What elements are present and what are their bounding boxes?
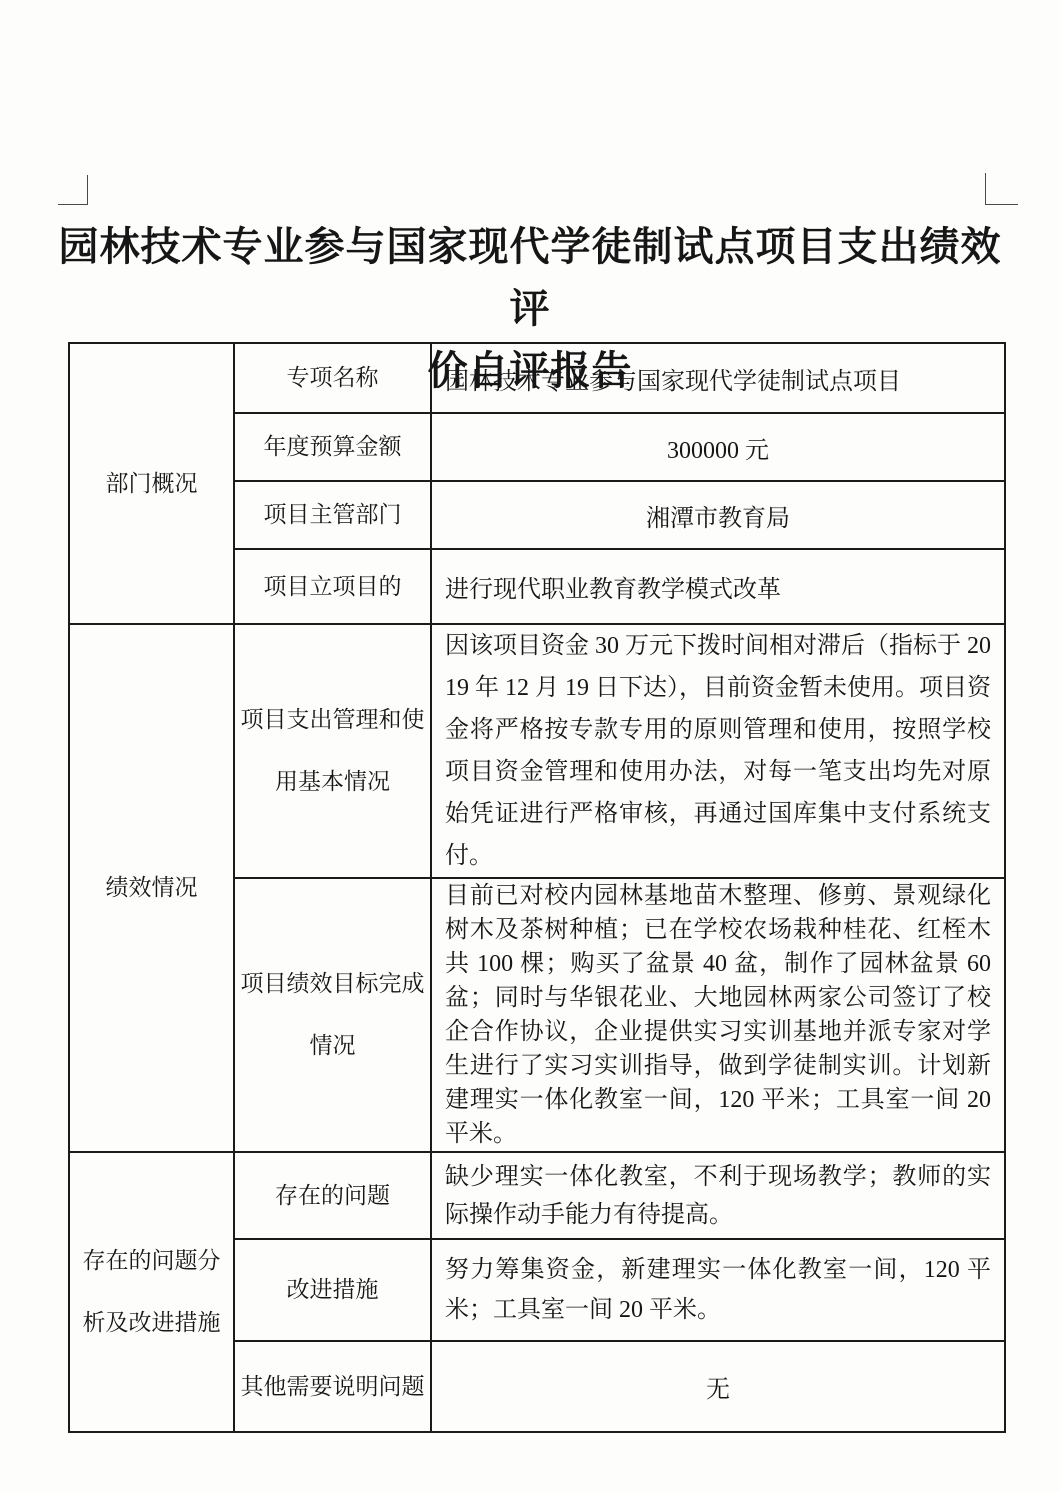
table-row: 部门概况 专项名称 园林技术专业参与国家现代学徒制试点项目	[69, 343, 1005, 413]
field-label-existing-problems: 存在的问题	[234, 1152, 431, 1239]
field-label-project-purpose: 项目立项目的	[234, 549, 431, 624]
table-row: 存在的问题分析及改进措施 存在的问题 缺少理实一体化教室，不利于现场教学；教师的…	[69, 1152, 1005, 1239]
field-value-performance-goal-completion: 目前已对校内园林基地苗木整理、修剪、景观绿化树木及茶树种植；已在学校农场栽种桂花…	[431, 878, 1005, 1152]
field-value-expenditure-management: 因该项目资金 30 万元下拨时间相对滞后（指标于 2019 年 12 月 19 …	[431, 624, 1005, 878]
field-value-annual-budget: 300000 元	[431, 413, 1005, 481]
self-evaluation-table: 部门概况 专项名称 园林技术专业参与国家现代学徒制试点项目 年度预算金额 300…	[68, 342, 1006, 1433]
section-label-problems-and-improvements: 存在的问题分析及改进措施	[69, 1152, 234, 1432]
field-label-supervising-department: 项目主管部门	[234, 481, 431, 549]
field-value-other-issues: 无	[431, 1341, 1005, 1432]
document-title-line1: 园林技术专业参与国家现代学徒制试点项目支出绩效评	[59, 224, 1002, 331]
field-label-annual-budget: 年度预算金额	[234, 413, 431, 481]
table-row: 绩效情况 项目支出管理和使用基本情况 因该项目资金 30 万元下拨时间相对滞后（…	[69, 624, 1005, 878]
field-label-performance-goal-completion: 项目绩效目标完成情况	[234, 878, 431, 1152]
field-value-improvement-measures: 努力筹集资金，新建理实一体化教室一间，120 平米；工具室一间 20 平米。	[431, 1239, 1005, 1341]
field-value-special-project-name: 园林技术专业参与国家现代学徒制试点项目	[431, 343, 1005, 413]
field-label-other-issues: 其他需要说明问题	[234, 1341, 431, 1432]
field-value-existing-problems: 缺少理实一体化教室，不利于现场教学；教师的实际操作动手能力有待提高。	[431, 1152, 1005, 1239]
section-label-department-overview: 部门概况	[69, 343, 234, 624]
field-label-improvement-measures: 改进措施	[234, 1239, 431, 1341]
scanned-report-page: { "document": { "title_line1": "园林技术专业参与…	[0, 0, 1060, 1492]
field-value-project-purpose: 进行现代职业教育教学模式改革	[431, 549, 1005, 624]
field-label-expenditure-management: 项目支出管理和使用基本情况	[234, 624, 431, 878]
field-label-special-project-name: 专项名称	[234, 343, 431, 413]
page-margin-crop-mark-left	[58, 175, 88, 205]
field-value-supervising-department: 湘潭市教育局	[431, 481, 1005, 549]
page-margin-crop-mark-right	[985, 173, 1018, 205]
section-label-performance-status: 绩效情况	[69, 624, 234, 1152]
